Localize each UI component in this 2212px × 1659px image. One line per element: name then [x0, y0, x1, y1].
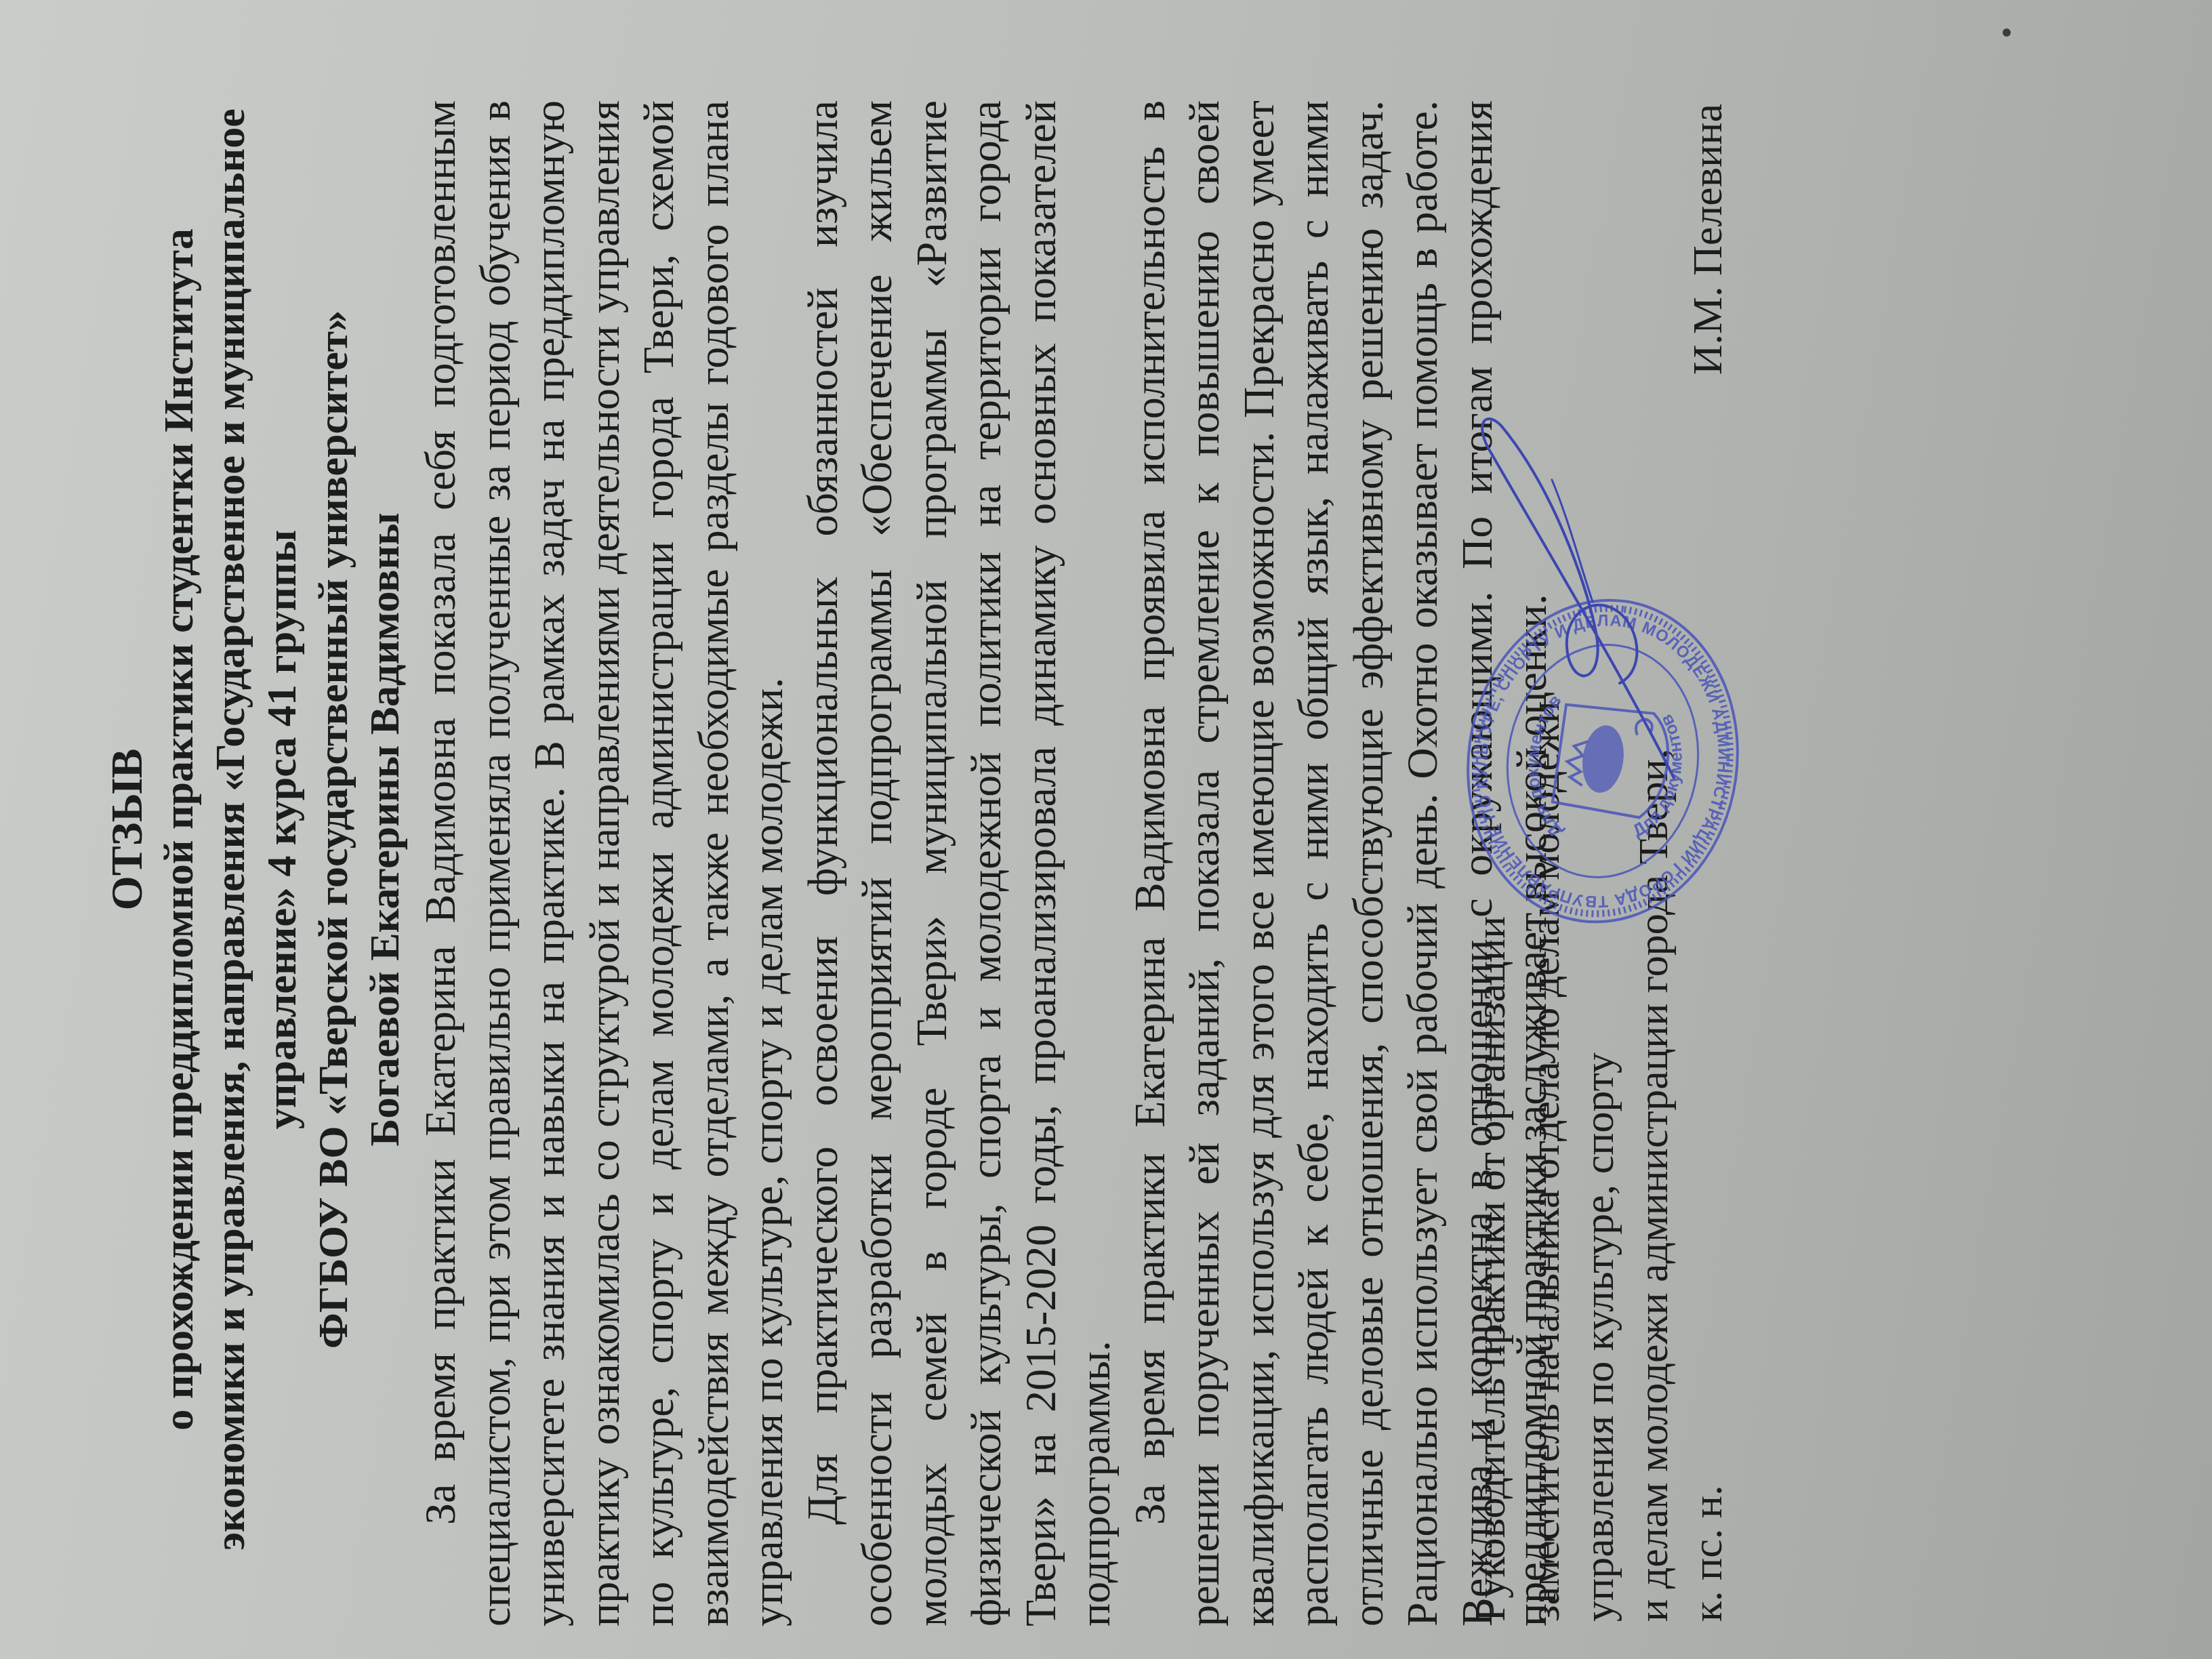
document-title: ОТЗЫВ: [102, 0, 153, 1659]
paragraph-2: Для практического освоения функциональны…: [796, 100, 1123, 1626]
header-line-4: ФГБОУ ВО «Тверской государственный униве…: [308, 0, 359, 1659]
header-line-2: экономики и управления, направления «Гос…: [205, 0, 256, 1659]
paper-speck: [2003, 28, 2011, 37]
document-body: За время практики Екатерина Вадимовна по…: [413, 100, 1559, 1626]
header-line-3: управление» 4 курса 41 группы: [256, 0, 308, 1659]
header-line-5: Богаевой Екатерины Вадимовны: [359, 0, 411, 1659]
handwritten-signature-icon: [1450, 331, 1708, 805]
paragraph-1: За время практики Екатерина Вадимовна по…: [413, 100, 796, 1626]
document-header: ОТЗЫВ о прохождении преддипломной практи…: [102, 0, 411, 1659]
header-line-1: о прохождении преддипломной практики сту…: [153, 0, 205, 1659]
document-sheet: ОТЗЫВ о прохождении преддипломной практи…: [0, 0, 2212, 1659]
